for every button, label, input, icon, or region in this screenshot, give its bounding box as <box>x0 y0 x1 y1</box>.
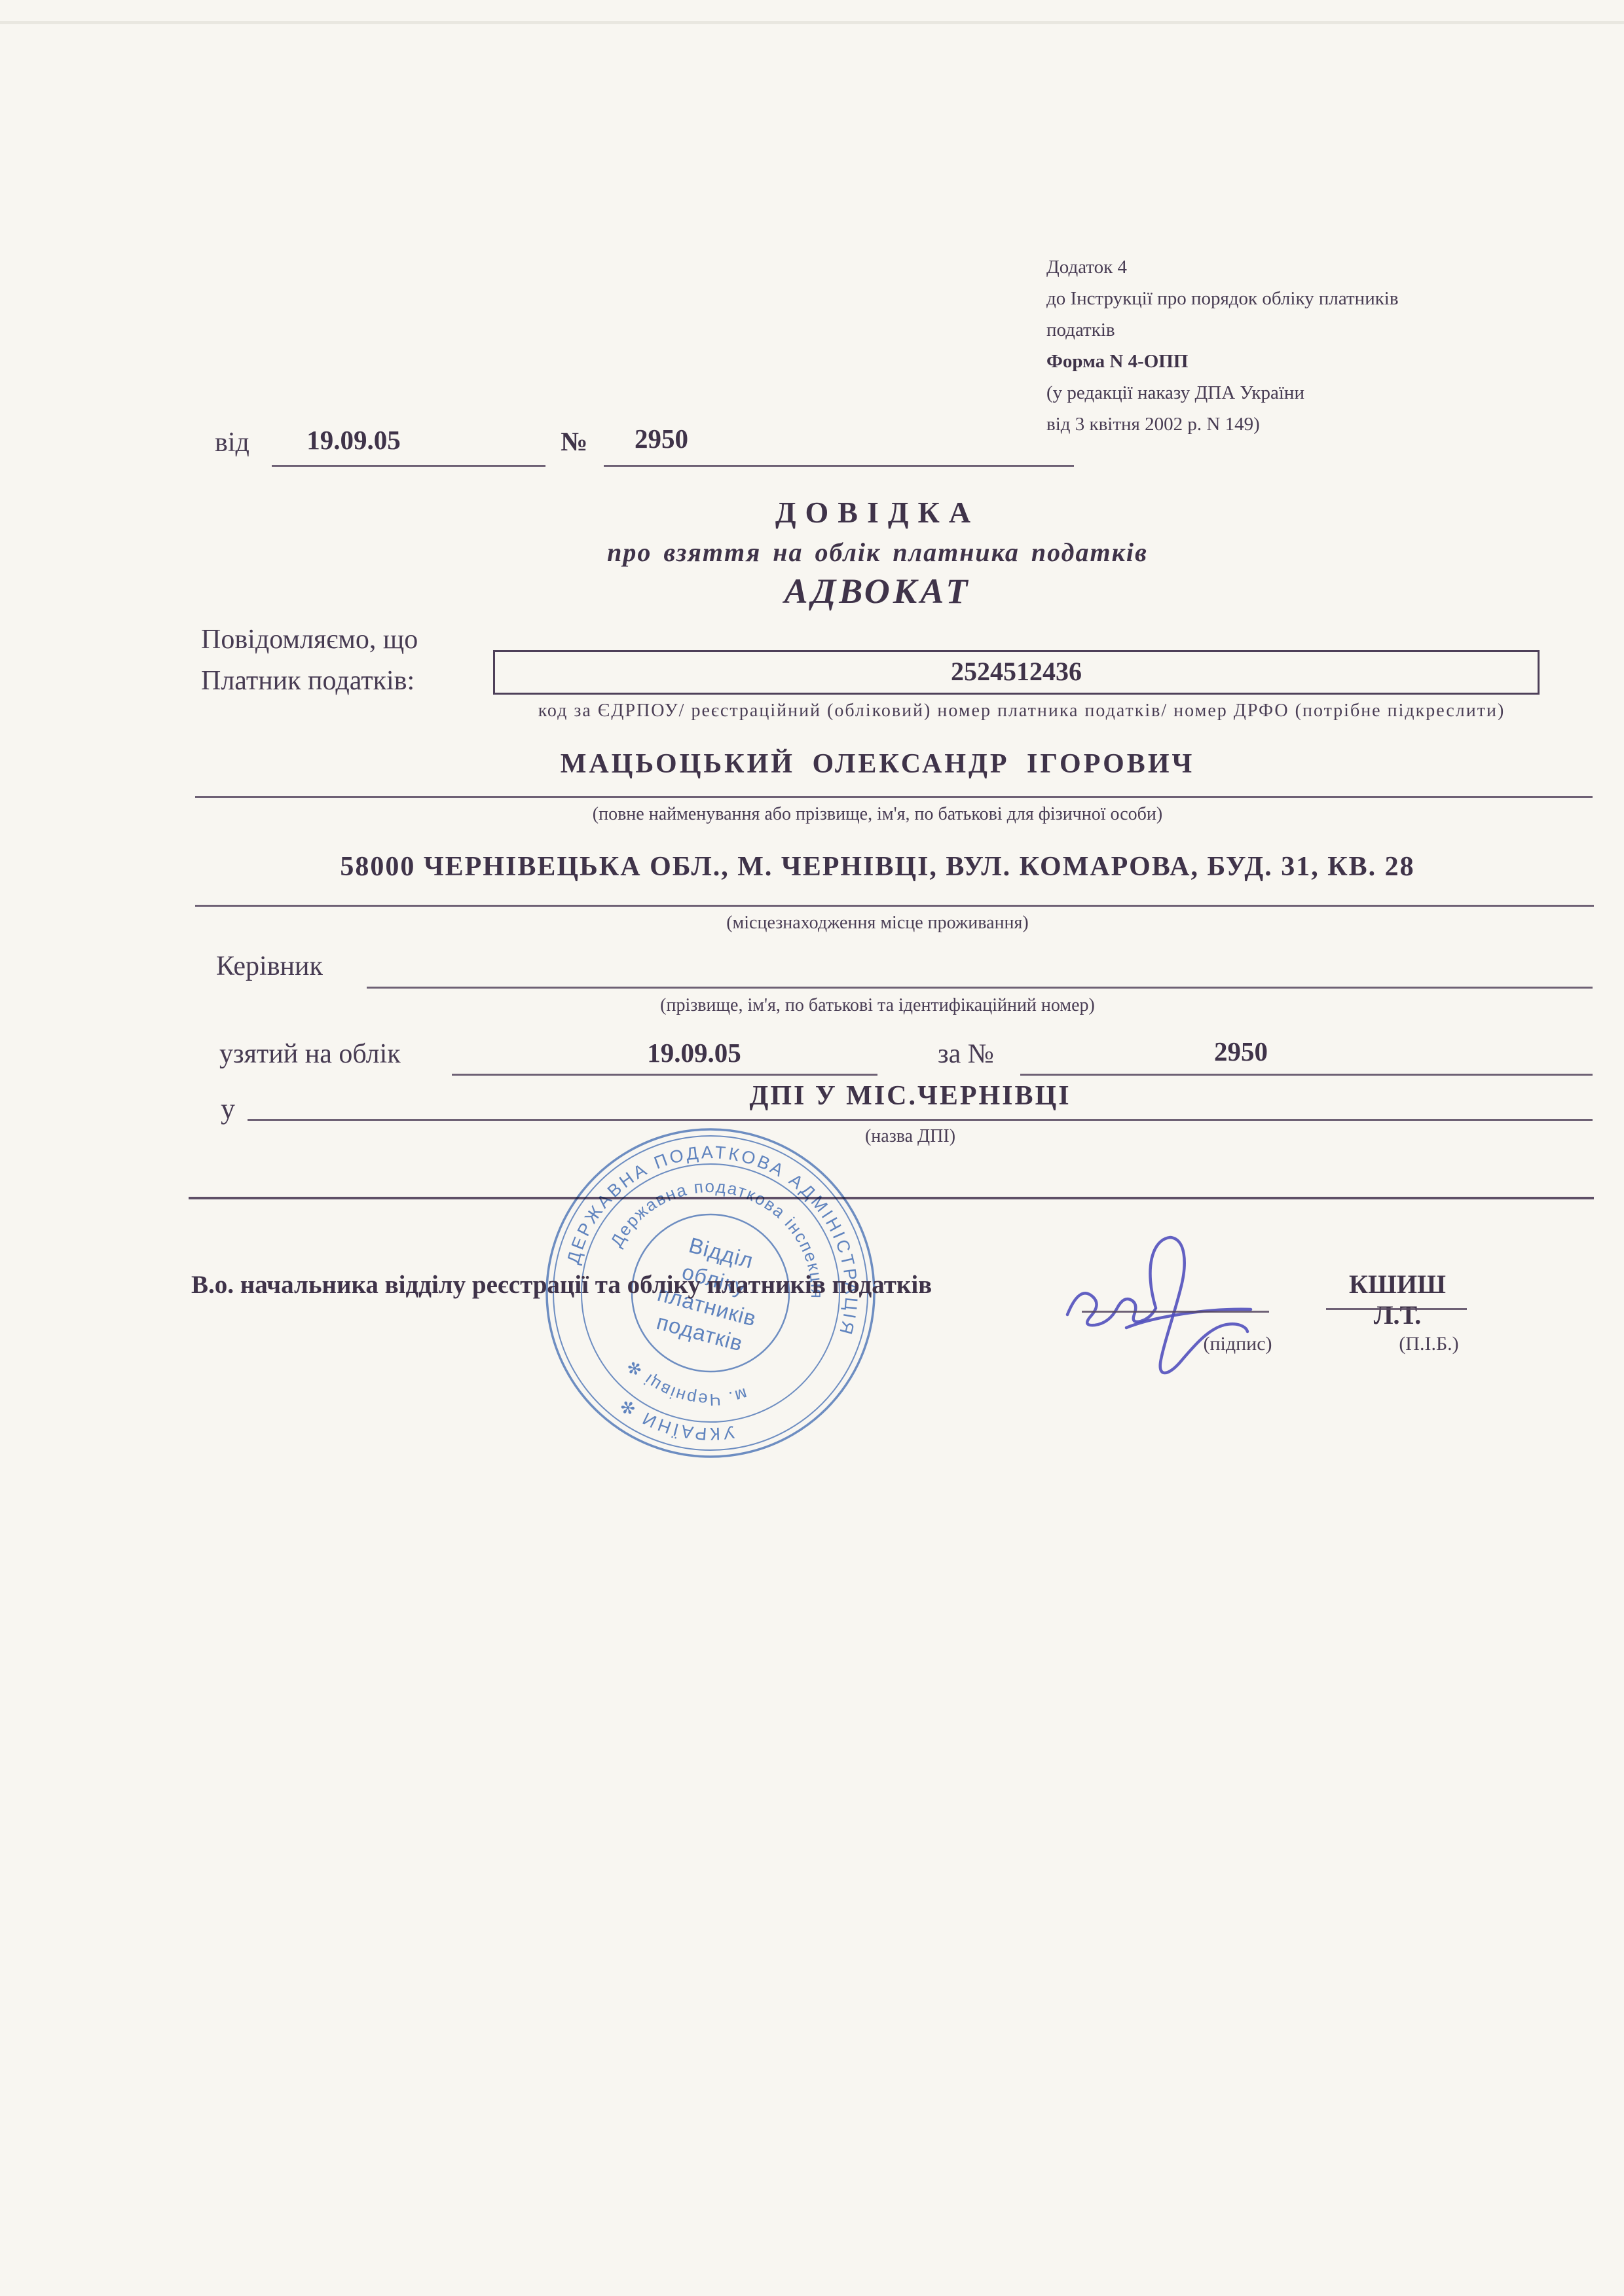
appendix-note-line: (у редакції наказу ДПА України <box>1046 377 1498 409</box>
appendix-note-line: податків <box>1046 314 1498 346</box>
official-title: В.о. начальника відділу реєстрації та об… <box>191 1270 932 1300</box>
notify-label: Повідомляємо, що <box>201 624 418 655</box>
signature-caption: (підпис) <box>1172 1333 1303 1355</box>
payer-code: 2524512436 <box>951 657 1082 686</box>
ref-number: 2950 <box>602 423 720 454</box>
payer-code-box: 2524512436 <box>493 650 1540 695</box>
registered-number: 2950 <box>1139 1036 1342 1067</box>
payer-name: МАЦЬОЦЬКИЙ ОЛЕКСАНДР ІГОРОВИЧ <box>196 748 1559 780</box>
official-name: КШИШ Л.Т. <box>1328 1269 1467 1330</box>
pib-caption: (П.І.Б.) <box>1363 1333 1494 1355</box>
payer-name-caption: (повне найменування або прізвище, ім'я, … <box>196 804 1559 825</box>
head-caption: (прізвище, ім'я, по батькові та ідентифі… <box>196 995 1559 1016</box>
appendix-note-line: від 3 квітня 2002 р. N 149) <box>1046 409 1498 440</box>
registered-label: узятий на облік <box>219 1038 401 1070</box>
payer-label: Платник податків: <box>201 665 415 697</box>
address-caption: (місцезнаходження місце проживання) <box>196 913 1559 934</box>
ref-from-label: від <box>215 427 249 458</box>
registered-number-rule <box>1020 1074 1593 1076</box>
signature <box>1048 1216 1283 1387</box>
ref-date-rule <box>272 465 545 467</box>
ref-number-rule <box>604 465 1074 467</box>
appendix-note-line: до Інструкції про порядок обліку платник… <box>1046 283 1498 314</box>
scanner-edge-line <box>0 21 1624 24</box>
payer-name-rule <box>195 796 1593 798</box>
registered-date-rule <box>452 1074 877 1076</box>
ref-date: 19.09.05 <box>275 424 432 456</box>
certificate-subtitle: про взяття на облік платника податків <box>196 537 1559 568</box>
payer-code-caption: код за ЄДРПОУ/ реєстраційний (обліковий)… <box>494 701 1549 721</box>
ref-no-sign: № <box>561 426 587 457</box>
registered-date: 19.09.05 <box>557 1037 832 1068</box>
head-label: Керівник <box>216 951 323 982</box>
applicant-type: АДВОКАТ <box>196 571 1559 611</box>
certificate-title: ДОВІДКА <box>196 495 1559 530</box>
appendix-note: Додаток 4 до Інструкції про порядок облі… <box>1046 251 1498 440</box>
payer-address: 58000 ЧЕРНІВЕЦЬКА ОБЛ., М. ЧЕРНІВЦІ, ВУЛ… <box>196 851 1559 883</box>
form-number: Форма N 4-ОПП <box>1046 346 1498 377</box>
appendix-note-line: Додаток 4 <box>1046 251 1498 283</box>
signature-rule <box>1082 1311 1269 1313</box>
head-rule <box>367 987 1593 989</box>
official-name-rule <box>1326 1308 1467 1310</box>
scanned-certificate-page: Додаток 4 до Інструкції про порядок облі… <box>0 0 1624 2296</box>
signature-stroke <box>1067 1293 1155 1325</box>
registered-za-no: за № <box>938 1038 994 1070</box>
address-rule <box>195 905 1594 907</box>
